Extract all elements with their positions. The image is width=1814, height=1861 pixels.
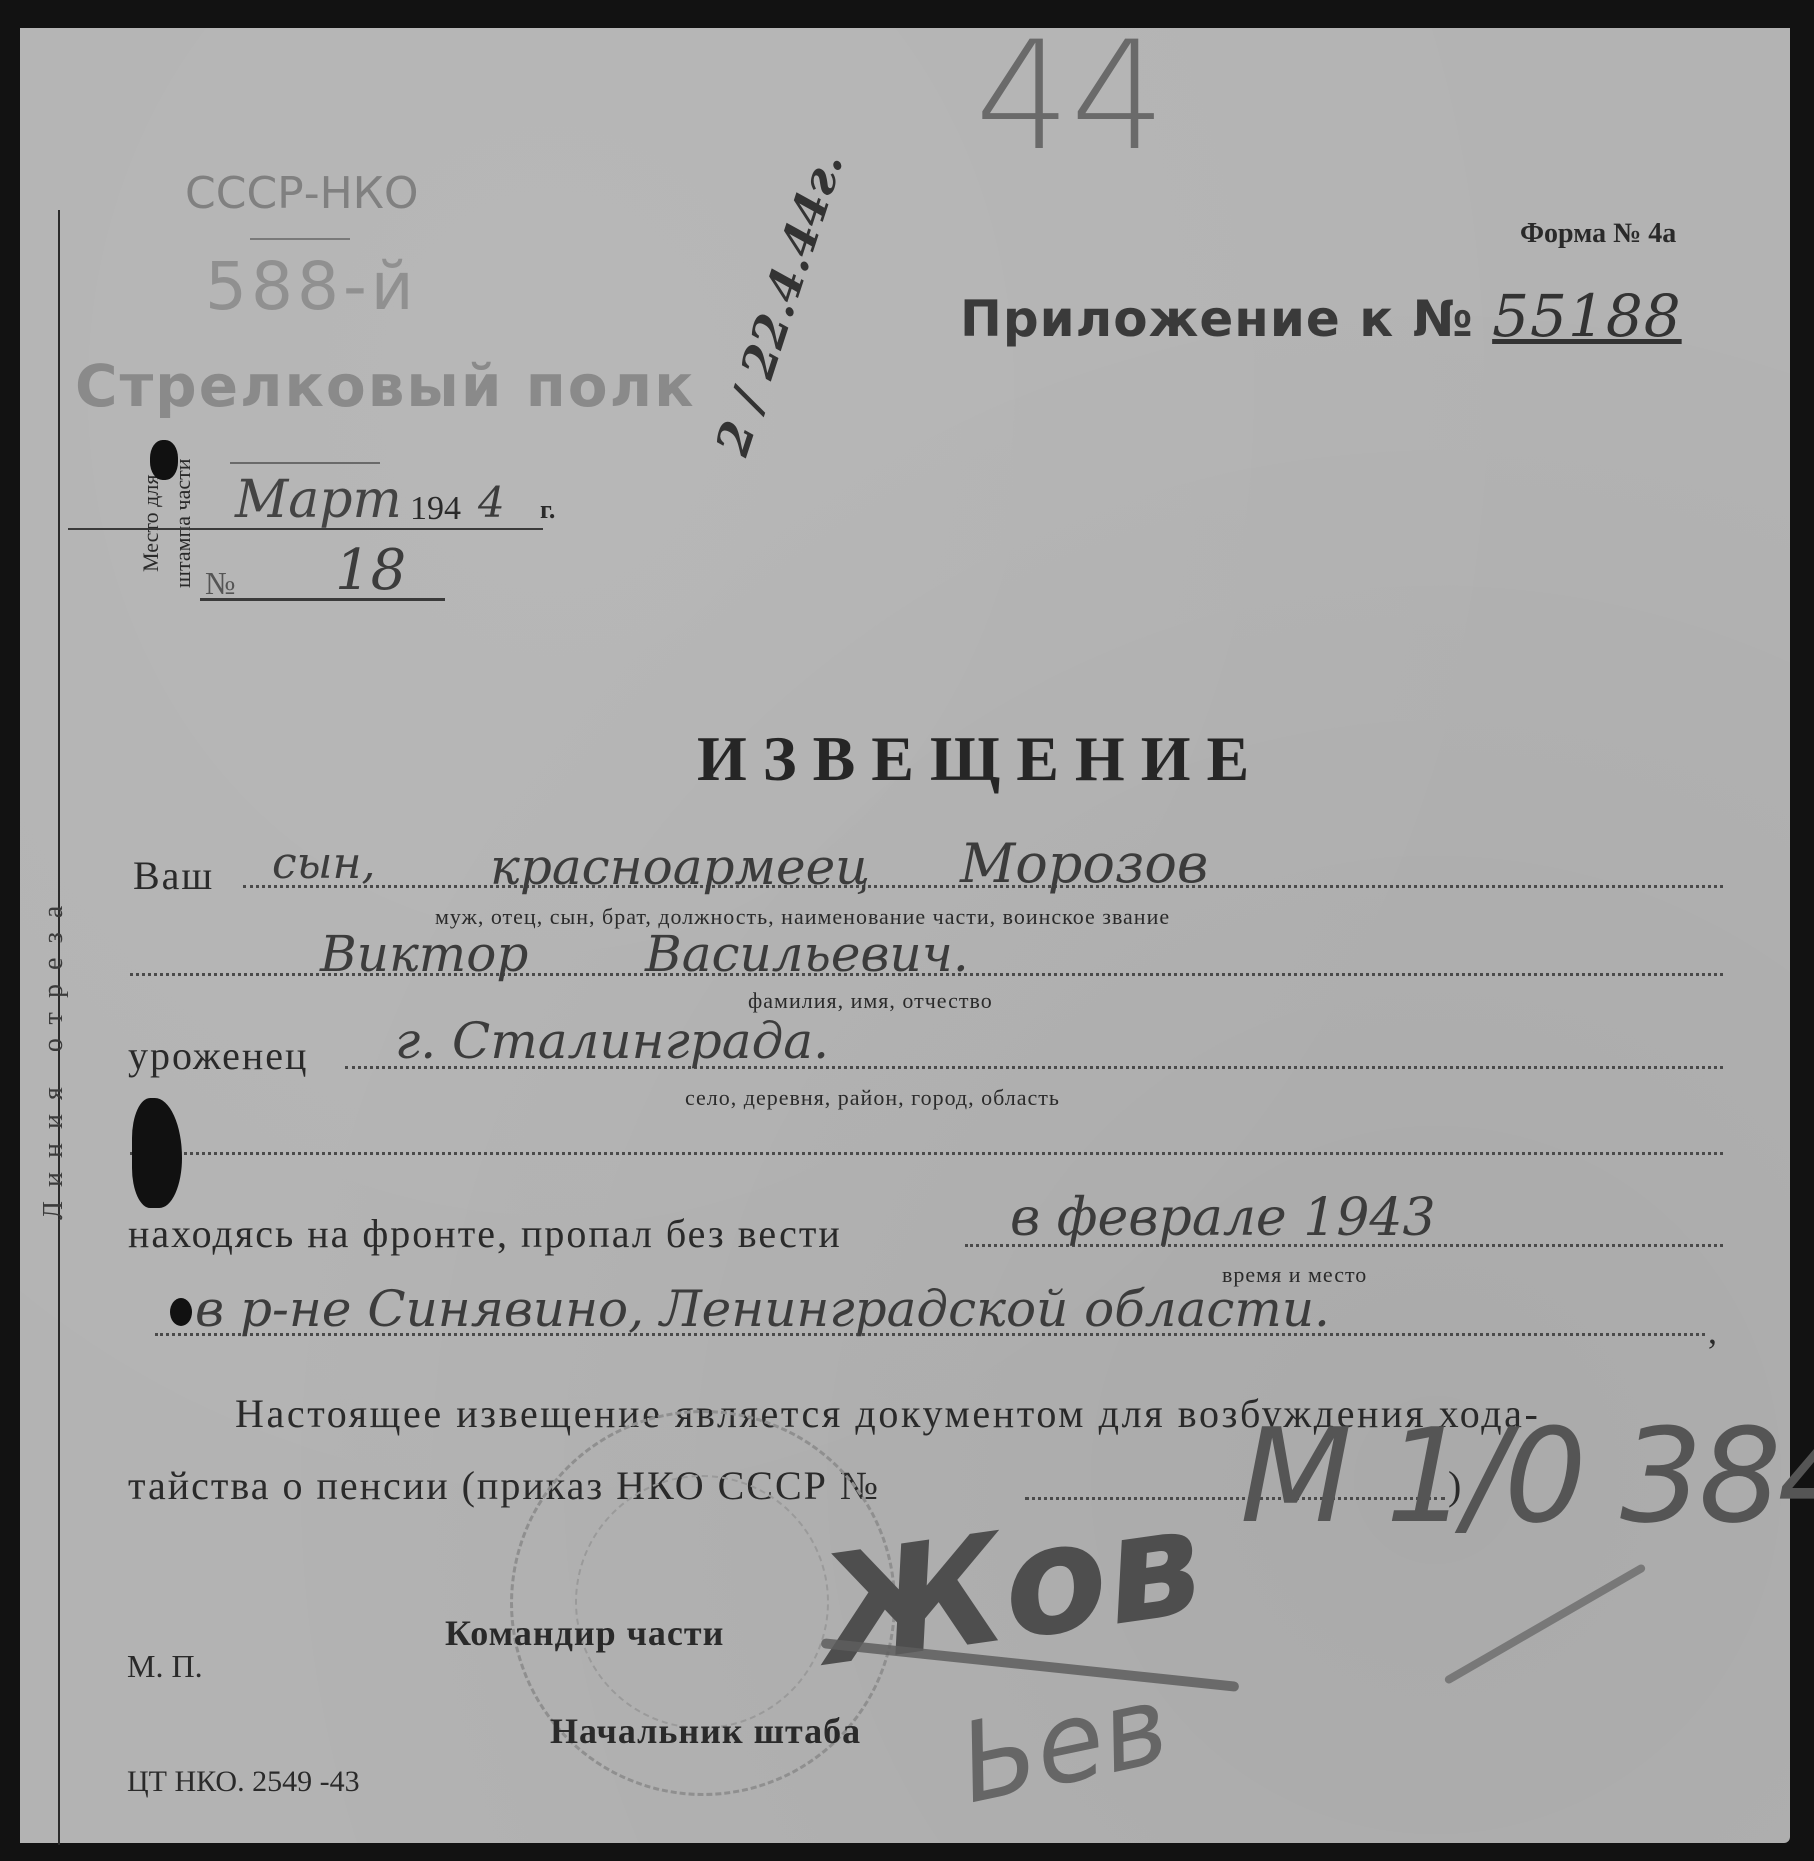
stamp-ussr-nko: СССР-НКО [185,168,419,219]
stamp-underline [230,462,380,464]
attachment-stamp: Приложение к № 55188 [960,282,1682,350]
commander-label: Командир части [445,1612,724,1654]
stamp-place-label-1: Место для [138,475,164,572]
missing-text: находясь на фронте, пропал без вести [128,1210,842,1257]
birthplace-value: г. Сталинграда. [395,1012,829,1070]
date-year-prefix: 194 [410,490,461,528]
stamp-place-label-2: штампа части [170,458,196,588]
form-number: Форма № 4а [1520,218,1676,250]
attachment-number: 55188 [1492,282,1682,350]
name-caption: фамилия, имя, отчество [748,988,993,1014]
number-value: 18 [335,538,406,603]
chief-of-staff-label: Начальник штаба [550,1710,861,1752]
stamp-rule [250,238,350,240]
relation-value-2: красноармеец [490,838,870,896]
stamp-regiment-name: Стрелковый полк [75,352,695,420]
relation-value-1: сын, [272,838,375,889]
stamp-regiment-number: 588-й [205,248,418,325]
date-month: Март [235,470,402,530]
round-seal-inner [575,1475,829,1729]
missing-time-value: в феврале 1943 [1010,1188,1436,1248]
missing-place-end: , [1708,1310,1717,1352]
birthplace-extra-line [130,1152,1723,1155]
birthplace-label: уроженец [128,1032,308,1079]
relation-value-3: Морозов [960,832,1208,895]
relation-label: Ваш [133,852,214,899]
name-value-1: Виктор [320,925,528,983]
attachment-stamp-label: Приложение к № [960,290,1474,348]
printer-mark: ЦТ НКО. 2549 -43 [127,1765,360,1799]
page-title: ИЗВЕЩЕНИЕ [697,722,1265,796]
pension-order-handwritten: М 1/0 3844с [1240,1400,1814,1552]
archive-page-number: 44 [975,10,1166,184]
number-label: № [205,565,236,602]
date-underline [68,528,543,530]
paper-tear [150,440,178,480]
birthplace-caption: село, деревня, район, город, область [685,1085,1060,1111]
date-year-suffix: 4 [478,478,505,527]
seal-label: М. П. [127,1648,203,1685]
number-underline [200,598,445,601]
cut-line-label: Линия отреза [38,892,70,1220]
date-year-g: г. [540,495,555,525]
paper-tear [170,1298,192,1326]
missing-place-value: в р-не Синявино, Ленинградской области. [195,1280,1330,1338]
name-value-2: Васильевич. [645,925,969,983]
